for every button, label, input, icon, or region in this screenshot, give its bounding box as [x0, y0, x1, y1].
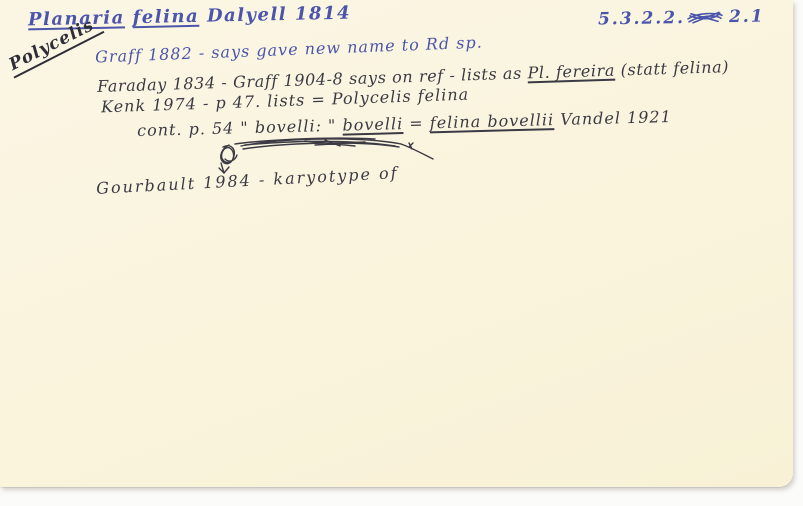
- index-card: Planaria felina Dalyell 1814 5.3.2.2. 2.…: [0, 0, 793, 487]
- scanned-index-card-page: { "card": { "title": { "segments": [ { "…: [0, 0, 803, 506]
- combination-name: felina bovellii: [430, 110, 555, 132]
- title-species: felina: [132, 6, 199, 28]
- catalog-prefix: 5.3.2.2.: [598, 8, 685, 30]
- title-authority: Dalyell 1814: [199, 3, 351, 27]
- synonym-name: Pl. fereira: [527, 61, 615, 83]
- catalog-number: 5.3.2.2. 2.1: [598, 7, 765, 30]
- catalog-suffix: 2.1: [729, 7, 765, 28]
- note-line-graff: Graff 1882 - says gave new name to Rd sp…: [95, 33, 483, 67]
- scribble-crossout-icon: [685, 8, 725, 27]
